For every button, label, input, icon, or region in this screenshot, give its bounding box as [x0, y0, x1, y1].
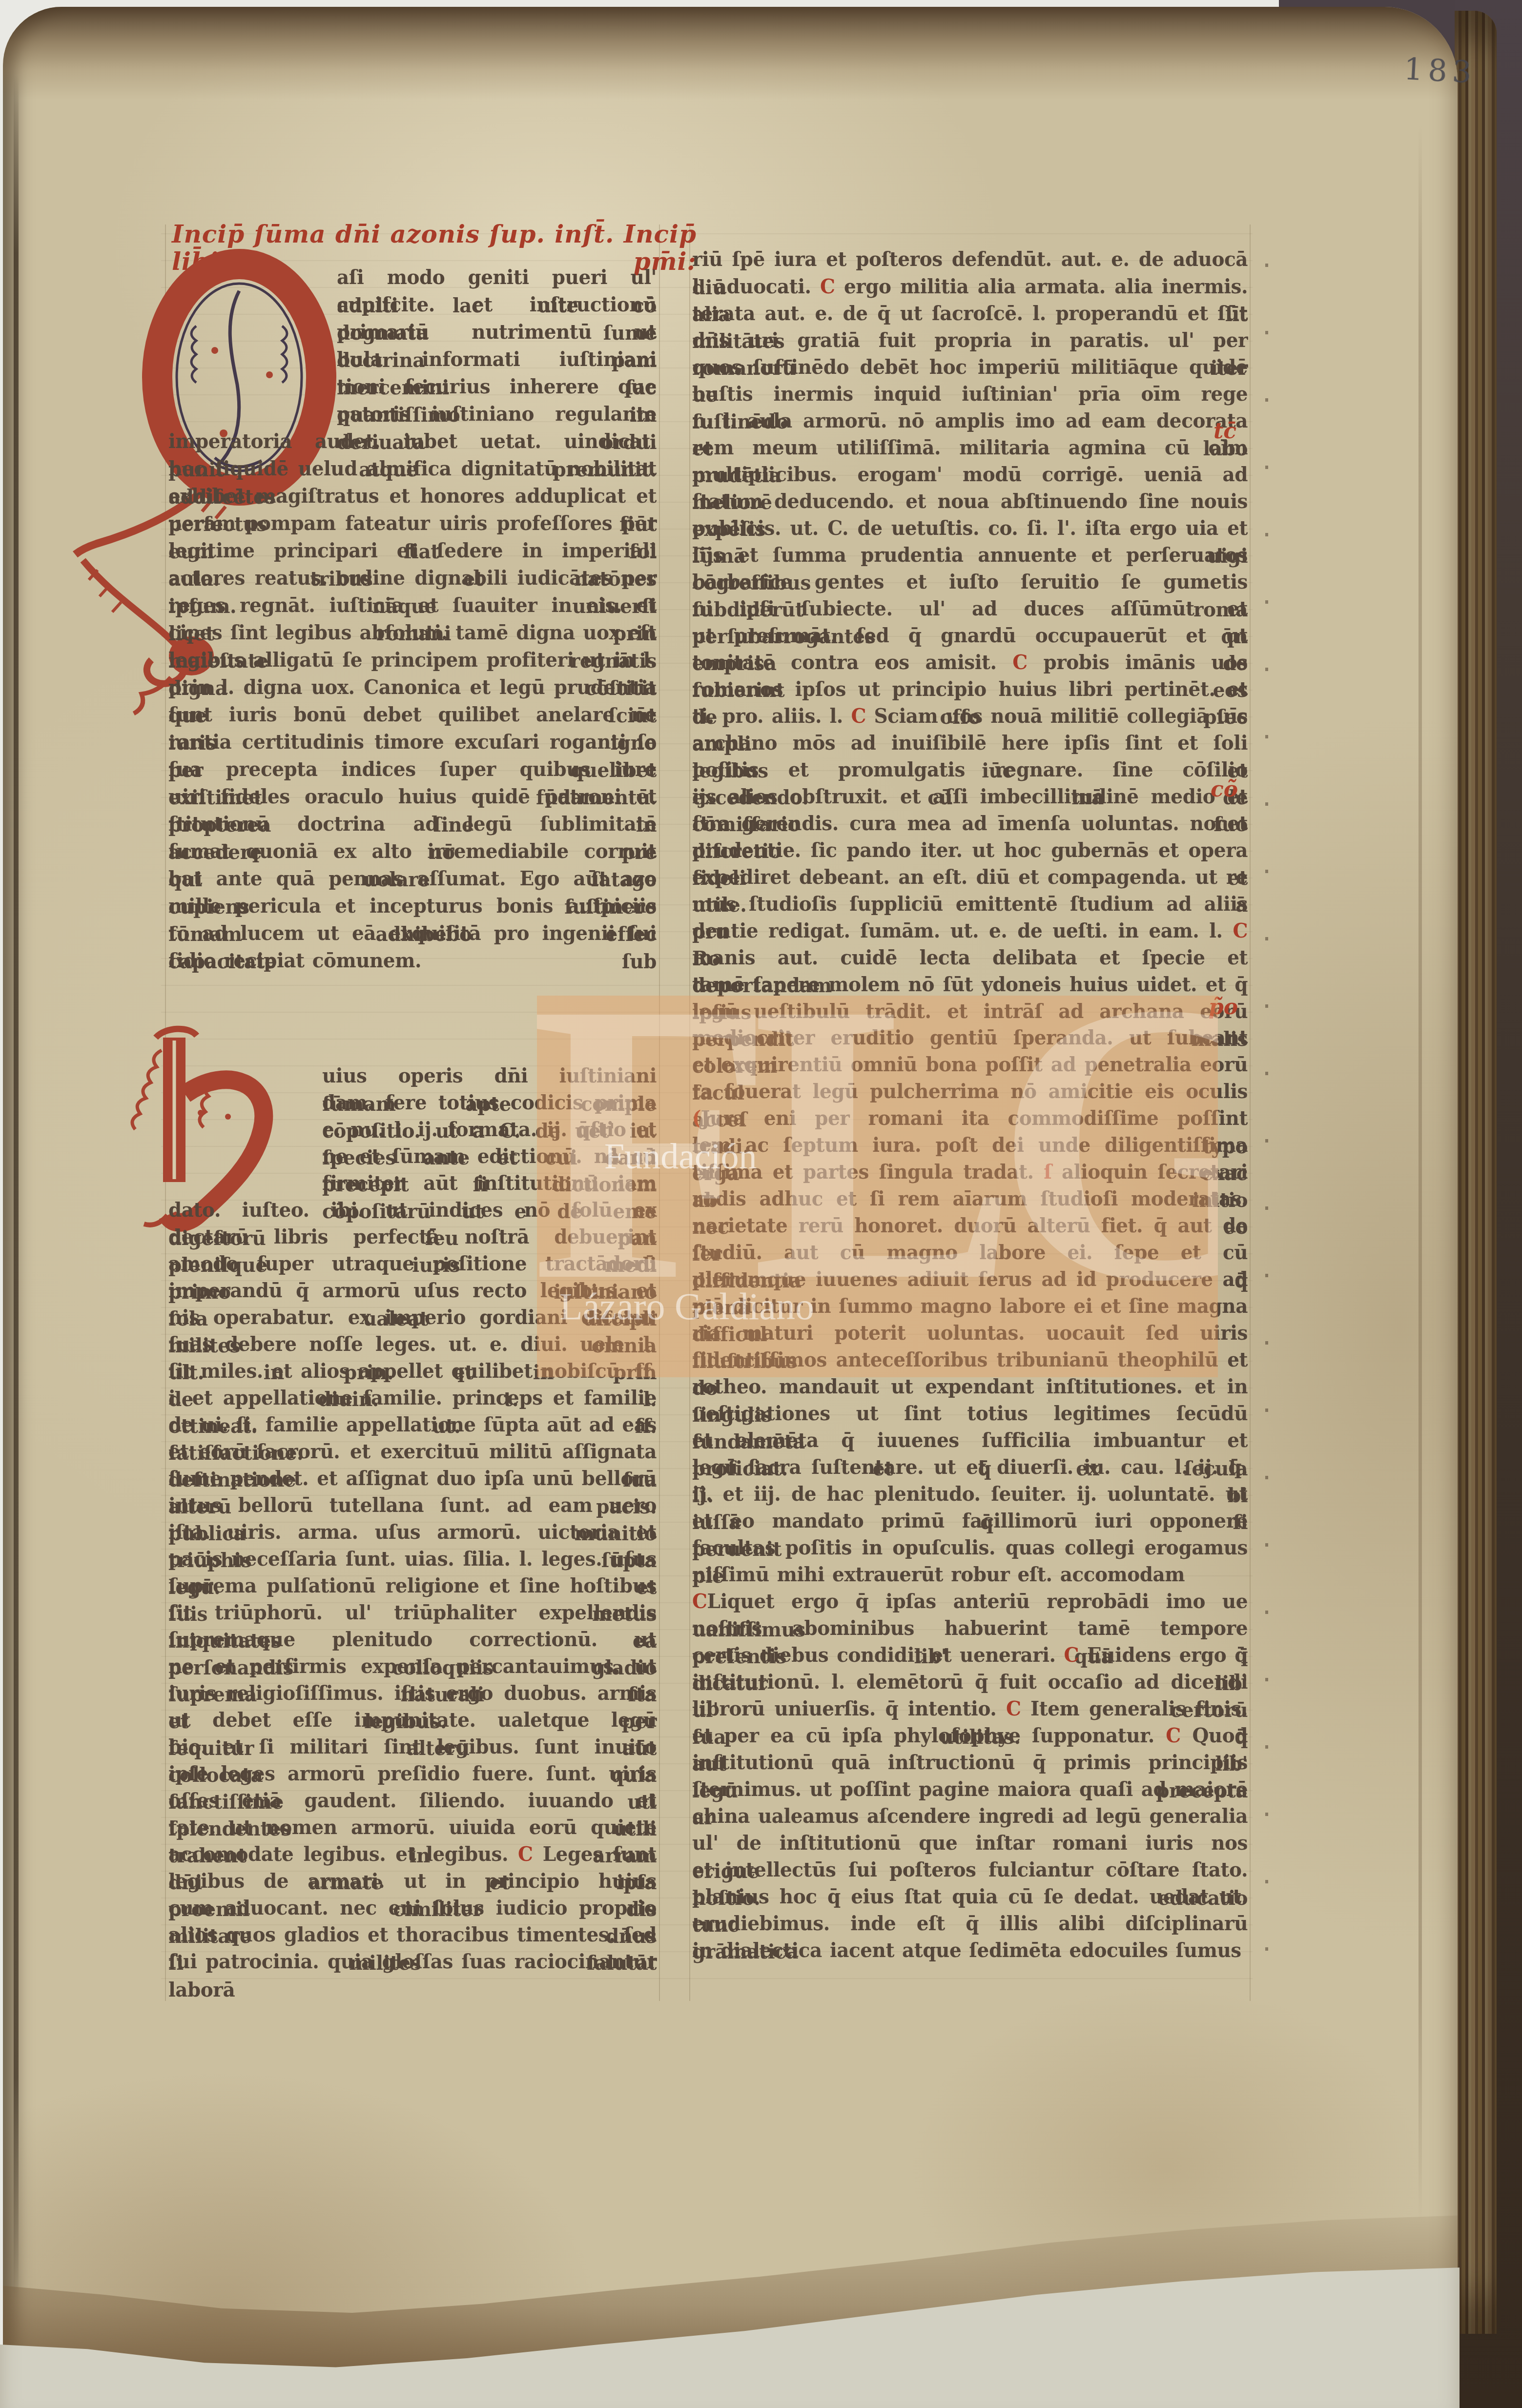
text-line: reges regnāt. iuſticia et ſuauiter in ei…	[168, 591, 657, 619]
text-line: dato. iuſteo. ibi. ut indices nō ſolū ex…	[168, 1197, 657, 1224]
text-line: buſtis inermis inquid iuſtinian' prīa oī…	[692, 380, 1248, 408]
text-line: patoris iuſtiniano regulante deriuata or…	[168, 400, 657, 428]
text-line: ij. et iij. de hac plenitudo. ſeuiter. i…	[692, 1481, 1248, 1509]
text-line: ut debet eſſe impunitate. ualetque legū …	[168, 1707, 657, 1735]
text-line: planius hoc q̄ eius ſtat quia cū ſe deda…	[692, 1883, 1248, 1911]
text-line: uiri fideles oraculo huius quidē patroni…	[168, 782, 657, 811]
text-line: plerumque iuuenes adiuit ſerus ad id pro…	[692, 1266, 1248, 1294]
text-line: barbarice gentes et iuſto ſeruitio ſe gu…	[692, 568, 1248, 596]
paragraph-mark: C	[820, 275, 835, 298]
text-line: noſtris abominibus habuerint tamē tempor…	[692, 1615, 1248, 1643]
text-line: expediret debeant. an eſt. diū et compag…	[692, 863, 1248, 891]
text-line: narietate rerū honoret. duorū alterū fie…	[692, 1212, 1248, 1240]
text-line: e. nu. l. ij. formata. ij. q̄ſtio et ſpe…	[168, 1116, 657, 1144]
text-line: ta fouerat legū pulcherrima nō amicitie …	[692, 1078, 1248, 1106]
text-line: inſtitutionū. l. elemētorū q̄ fuit occaſ…	[692, 1669, 1248, 1696]
text-line: et elemēta q̄ iuuenes ſufficilia imbuant…	[692, 1427, 1248, 1455]
text-line: ſtatum deducendo. et noua abſtinuendo ſi…	[692, 488, 1248, 515]
right-column: riū ſpē iura et poſteros defendūt. aut. …	[692, 246, 1248, 1964]
text-line: et eorū ſacrorū. et exercituū militū aſſ…	[168, 1438, 657, 1466]
text-line: bula informati iuſtiniani mercemini ſac	[168, 345, 657, 373]
text-line: ni ipſi ſubiecte. ul' ad duces aſſūmūt. …	[692, 595, 1248, 623]
vertical-ruling-left-outer	[165, 224, 166, 2001]
vertical-ruling-right-inner	[689, 224, 690, 2001]
paragraph-mark: ſ	[1044, 1161, 1051, 1184]
left-column-paragraph-2: uius operis dn̄i iuſtiniani ſūmam apte c…	[168, 1063, 657, 1976]
paragraph-mark: C	[1166, 1724, 1181, 1748]
text-line: dentie redigat. ſumām. ut. e. de ueſti. …	[692, 917, 1248, 945]
red-margin-note: tc̄	[1213, 419, 1236, 444]
text-line: mā dicitur in ſummo magno labore ei et ſ…	[692, 1293, 1248, 1321]
text-line: mille pericula et incepturus bonis auſpi…	[168, 892, 657, 920]
text-line: tioni ſecurius inherere que quantiſſimo …	[168, 372, 657, 401]
text-line: lijs et ſumma prudentia annuente et perſ…	[692, 541, 1248, 569]
text-line: rudis adhuc et ſi rem aīarum ſtudioſi mo…	[692, 1185, 1248, 1213]
text-line: oſſes etiā gaudent. ſiliendo. iuuando et…	[168, 1787, 657, 1815]
text-line: dn̄s uri gratiā fuit propria in paratis.…	[692, 327, 1248, 354]
text-line: ſit miles. et alios appellet quilibet no…	[168, 1358, 657, 1386]
text-line: cipes ſint legibus abſoluti. tamē digna …	[168, 618, 657, 647]
text-line: nis operabatur. ex imperio gordiani dica…	[168, 1304, 657, 1332]
text-line: accomodate legibus. et legibus. C Leges …	[168, 1841, 657, 1869]
text-line: prin l. digna uox. Canonica et legū prud…	[168, 673, 657, 701]
text-line: et per ea cū ipſa phyloſophye ſupponatur…	[692, 1722, 1248, 1750]
parchment-fold-line	[1419, 124, 1422, 2223]
text-line: ſtudiū. aut cū magno labore ei. ſepe et …	[692, 1239, 1248, 1267]
text-line: primariū nutrimentū ut doctrina pam	[168, 318, 657, 346]
paragraph-mark: C	[1012, 651, 1028, 674]
left-column-paragraph-1: aſi modo geniti pueri ul' adulti lac uit…	[168, 264, 657, 974]
text-line: ria maturi poterit uoluntas. uocauit ſed…	[692, 1320, 1248, 1347]
text-line: ſidio recipiat cōmunem.	[168, 946, 657, 975]
text-line: cum aduocant. nec eni ſolus iudicio prop…	[168, 1895, 657, 1922]
text-line: et exquirentiū omniū bona poſſit ad pene…	[692, 1051, 1248, 1079]
paragraph-mark: (	[692, 1107, 701, 1130]
text-line: lem ac ſeptum iura. poſt dei unde dilige…	[692, 1132, 1248, 1160]
text-line: legitime principari et ſedere in imperia…	[168, 536, 657, 565]
text-line: ijs alios obſtruxit. et aſſi imbecillitu…	[692, 783, 1248, 811]
text-line: ſternimus. ut poſſint pagine maiora quaſ…	[692, 1776, 1248, 1804]
text-line: manis aut. cuidē lecta delibata et ſpeci…	[692, 944, 1248, 972]
text-line: facultas poſitis in opuſculis. quas coll…	[692, 1534, 1248, 1562]
text-line: bio. et ſi militari ſint legibus. ſunt i…	[168, 1734, 657, 1761]
manuscript-photo: 183 Incip̄ ſūma dn̄i azonis ſup. inſt̄. …	[0, 0, 1522, 2408]
text-line: iſta. uiris. arma. uſus armorū. uictoria…	[168, 1519, 657, 1547]
text-line: terata aut. e. de q̄ ut ſacroſcē. l. pro…	[692, 300, 1248, 327]
paragraph-mark: C	[1233, 919, 1248, 942]
paragraph-mark: C	[692, 1590, 707, 1613]
text-line: ſit triūphorū. ul' triūphaliter expellen…	[168, 1599, 657, 1627]
vertical-ruling-right-outer	[1250, 224, 1251, 2001]
text-line: fidentiſſimos anteceſſoribus tribunianū …	[692, 1347, 1248, 1374]
paragraph-mark: C	[1006, 1697, 1021, 1721]
text-line: archano mōs ad inuiſibilē here ipſis ſin…	[692, 729, 1248, 757]
text-line: actores reatus. ordine dignabili iudicāt…	[168, 564, 657, 592]
text-line: in dialectica iacent atque ſedimēta edoc…	[692, 1937, 1248, 1965]
pricking-holes	[1265, 264, 1268, 1981]
text-line: et eo mandato primū facillimorū iuri opp…	[692, 1508, 1248, 1535]
text-line: ſunt iuris bonū debet quilibet anelare n…	[168, 700, 657, 729]
text-line: legibus de armari. ut in principio huius…	[168, 1868, 657, 1896]
text-line: de ui. ſi. familie appellatione ſūpta aū…	[168, 1411, 657, 1439]
text-line: rantia certitudinis timore excuſari roga…	[168, 728, 657, 756]
text-line: inſtitutionū quā inſtructionū q̄ primis …	[692, 1749, 1248, 1777]
text-line: legū ueſtibulū trādit. et intrāſ ad arch…	[692, 998, 1248, 1025]
paragraph-mark: C	[851, 704, 866, 728]
text-line: librorū uniuerſis. q̄ intentio. C Item g…	[692, 1695, 1248, 1723]
text-line: dectarū libris perfectā noſtrā debuerint…	[168, 1224, 657, 1251]
text-line: imperatoria audet. iubet uetat. uindicat…	[168, 427, 657, 455]
text-line: ueram pompam fateatur uiris profeſſores …	[168, 509, 657, 537]
text-line: tonitatē contra eos amisit. C probis imā…	[692, 649, 1248, 676]
text-line: n. l. aula armorū. nō amplis imo ad eam …	[692, 407, 1248, 435]
text-line: alios quos gladios et thoracibus timente…	[168, 1921, 657, 1949]
text-line: ſtra gerendis. cura mea ad īmenſa uolunt…	[692, 810, 1248, 837]
text-line: bat ante quā pennas aſſumat. Ego aūt azo…	[168, 864, 657, 893]
text-line: ipſe leges armorū preſidio fuere. ſunt. …	[168, 1760, 657, 1788]
text-line: poſitis et promulgatis regnare. ſine cōſ…	[692, 756, 1248, 784]
text-line: ſumat quoniā ex alto irremediabile corru…	[168, 837, 657, 865]
text-line: tamē ſapere molem nō ſūt ydoneis huius u…	[692, 971, 1248, 999]
text-line: ſui patrocinia. quia gloſſas ſuas racioc…	[168, 1948, 657, 1976]
text-line: tiſſima et partes ſingula tradat. ſ alio…	[692, 1159, 1248, 1186]
text-line: ſua precepta indices ſuper quibus iure e…	[168, 755, 657, 783]
text-line: erudiebimus. inde eſt q̄ illis alibi diſ…	[692, 1910, 1248, 1938]
text-line: riū ſpē iura et poſteros defendūt. aut. …	[692, 246, 1248, 274]
paragraph-mark: C	[518, 1843, 533, 1866]
text-line: publicis. ut. C. de uetuſtis. co. ſi. l'…	[692, 514, 1248, 542]
text-line: exhibet magiſtratus et honores adduplica…	[168, 482, 657, 510]
text-line: l. aduocati. C ergo militia alia armata.…	[692, 273, 1248, 301]
text-line: aſi modo geniti pueri ul' adulti lac uit…	[168, 263, 657, 291]
text-line: cupiſcite. et inſtructionū dogmata ſume	[168, 290, 657, 319]
text-line: i. et appellatione familie. princeps et …	[168, 1385, 657, 1412]
text-line: firmiter aūt inſtitutionū iam cōpoſitarū…	[168, 1170, 657, 1198]
text-line: niſſimū mihi extrauerūt robur eſt. accom…	[692, 1561, 1248, 1589]
paragraph-mark: C	[1064, 1644, 1079, 1667]
text-line: ti. pro. aliis. l. C Sciam uos nouā mili…	[692, 702, 1248, 730]
text-line: rotheo. mandauit ut expendant inſtitutio…	[692, 1373, 1248, 1401]
text-line: ul' de inſtitutionū que inſtar romani iu…	[692, 1830, 1248, 1857]
text-line: et intellectūs ſui poſteros fulciantur c…	[692, 1857, 1248, 1884]
text-line: legū ſacra ſuſtentare. ut et diuerſi. iu…	[692, 1454, 1248, 1482]
text-line: ſupremaque plenitudo correctionū. ut per…	[168, 1626, 657, 1654]
text-line: to ad lucem ut eā exquiſitā pro ingenii …	[168, 919, 657, 947]
text-line: ſtitutionū doctrina ad legū ſublimitatē …	[168, 810, 657, 838]
text-line: multiplicibus. erogam' modū corrigē. uen…	[692, 461, 1248, 489]
text-line: prudentie. ſic pando iter. ut hoc gubern…	[692, 837, 1248, 864]
text-line: uius operis dn̄i iuſtiniani ſūmam apte c…	[168, 1062, 657, 1090]
text-line: ſume pendet. et aſſignat duo ipſa unū be…	[168, 1465, 657, 1493]
text-line: dam. fere totius codicis prima cōpoſitio…	[168, 1089, 657, 1117]
text-line: romanos ipſos ut principio huius libri p…	[692, 675, 1248, 703]
red-margin-note: cõ	[1211, 777, 1238, 802]
text-line: amodo ſuper utraque poſitione tractādorū…	[168, 1250, 657, 1278]
text-line: ſuas debere noſſe leges. ut. e. diui. ue…	[168, 1331, 657, 1359]
text-line: imperandū q̄ armorū uſus recto legibus. …	[168, 1277, 657, 1305]
folio-number: 183	[1403, 51, 1477, 90]
text-line: intus bellorū tutellana ſunt. ad eam uer…	[168, 1492, 657, 1520]
text-line: tate. ut nomen armorū. uiuida eorū quiet…	[168, 1814, 657, 1842]
text-line: mus ſtudioſis ſuppliciū emittentē ſtudiu…	[692, 890, 1248, 918]
text-line: pacis neceſſaria ſunt. uias. ſilia. l. l…	[168, 1546, 657, 1573]
text-line: certis diebus condidit et uenerari. C Eu…	[692, 1642, 1248, 1670]
text-line: (Jura eni per romani ita commodiſſime po…	[692, 1105, 1248, 1133]
book-page-edges	[1455, 11, 1497, 2334]
text-line: ſuprema pulſationū religione et ſine hoſ…	[168, 1572, 657, 1600]
text-line: legibus alligatū ſe principem profiteri …	[168, 646, 657, 674]
text-line: ut preſumāt. ſed q̄ gnardū occupauerūt e…	[692, 622, 1248, 650]
text-line: CLiquet ergo q̄ ipſas anteriū reprobādi …	[692, 1588, 1248, 1616]
text-line: hec ſiquidē uelud almifica dignitatū nob…	[168, 454, 657, 483]
vertical-ruling-left-inner	[659, 224, 660, 2001]
text-line: ne et ſūmam edictionū. nā cū precepit ſi…	[168, 1143, 657, 1171]
text-line: mediocriter eruditio gentiū ſperanda. ut…	[692, 1024, 1248, 1052]
text-line: ueſtigationes ut ſint totius legitimes ſ…	[692, 1400, 1248, 1428]
text-line: quos ſuſtinēdo debēt hoc imperiū militiā…	[692, 353, 1248, 381]
text-line: iuris religioſiſſimus. iſtis ergo duobus…	[168, 1680, 657, 1708]
red-margin-note: p̃o	[1209, 995, 1238, 1020]
text-line: china ualeamus aſcendere ingredi ad legū…	[692, 1803, 1248, 1831]
text-line: rem meum utiliſſimā. militaria agmina cū…	[692, 434, 1248, 462]
text-line: ne. et perfirmis expenſa percantauimus. …	[168, 1653, 657, 1681]
